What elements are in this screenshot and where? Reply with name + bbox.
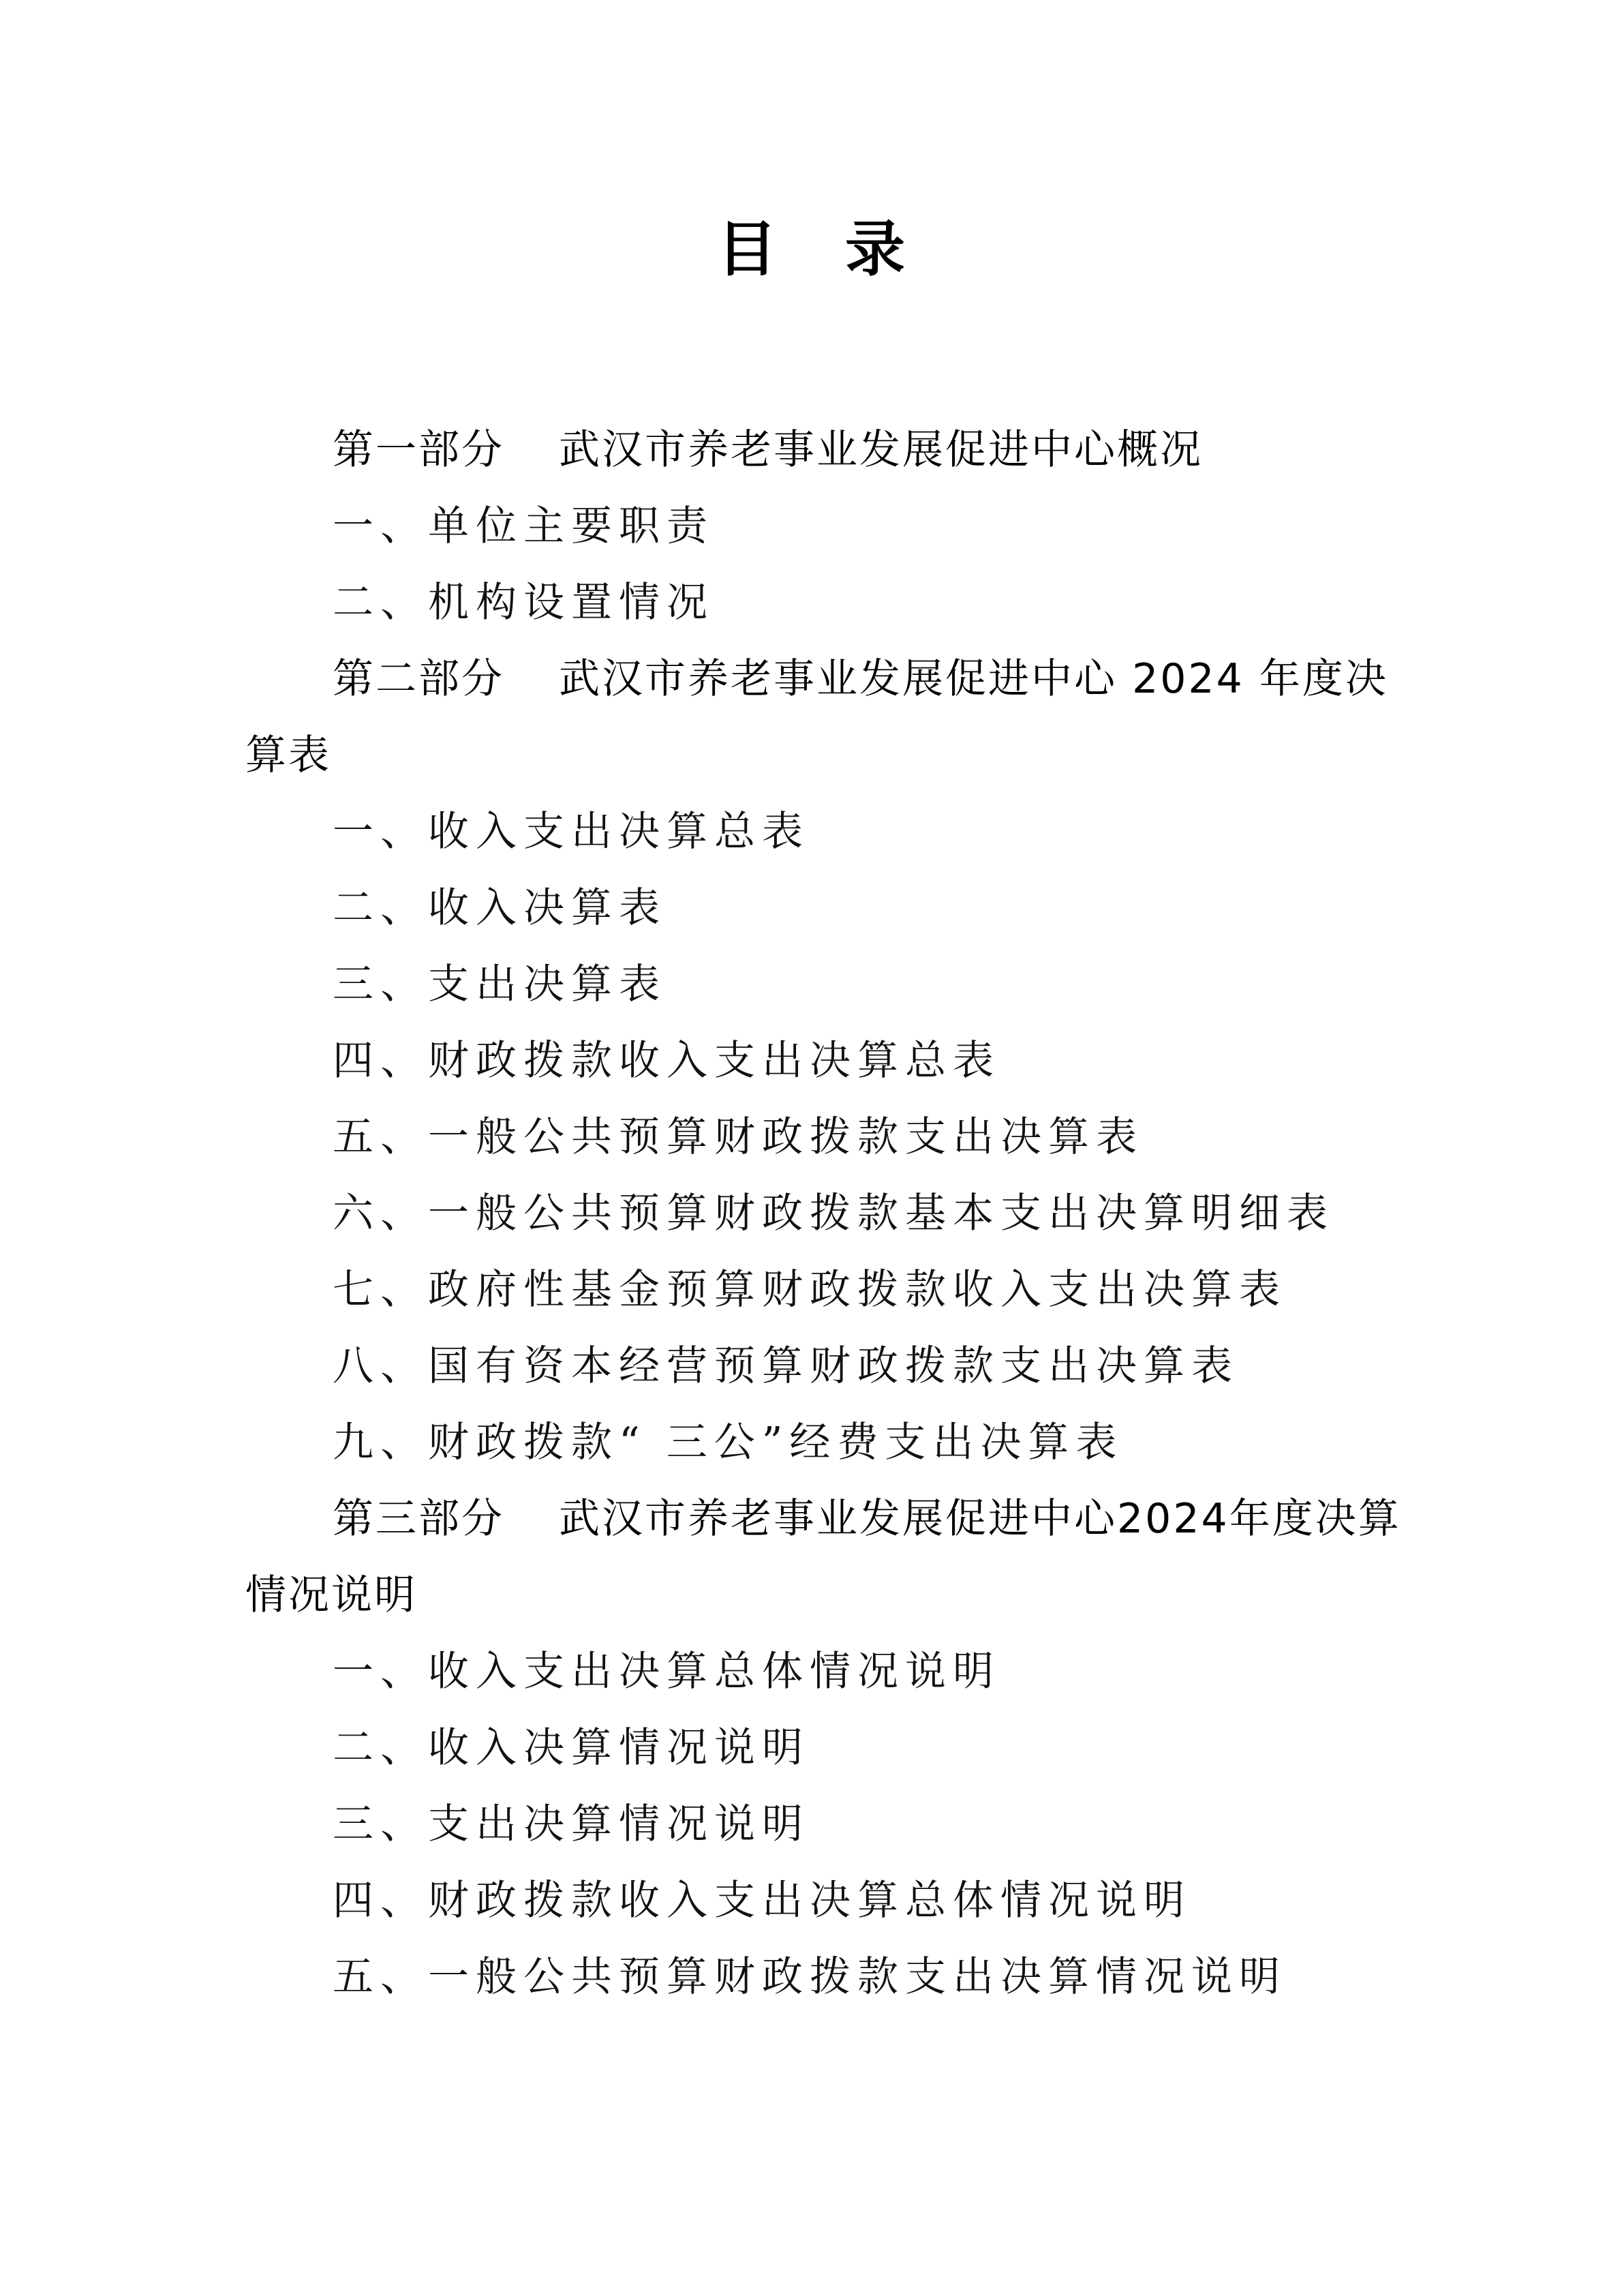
- toc-part-1-heading[interactable]: 第一部分武汉市养老事业发展促进中心概况: [333, 412, 1203, 488]
- toc-item[interactable]: 二、收入决算表: [333, 870, 667, 946]
- part-label: 第一部分: [333, 426, 504, 474]
- toc-item[interactable]: 一、收入支出决算总体情况说明: [333, 1633, 1000, 1710]
- toc-item[interactable]: 二、收入决算情况说明: [333, 1710, 810, 1786]
- toc-title: 目录: [0, 205, 1622, 293]
- part-label: 第二部分: [333, 655, 504, 703]
- toc-item[interactable]: 三、支出决算情况说明: [333, 1786, 810, 1862]
- toc-item[interactable]: 八、国有资本经营预算财政拨款支出决算表: [333, 1328, 1239, 1404]
- toc-title-char-2: 录: [845, 213, 905, 284]
- toc-item[interactable]: 四、财政拨款收入支出决算总表: [333, 1023, 1000, 1099]
- toc-item[interactable]: 六、一般公共预算财政拨款基本支出决算明细表: [333, 1175, 1334, 1252]
- part-title: 武汉市养老事业发展促进中心2024年度决算: [559, 1495, 1401, 1543]
- toc-part-2-heading-wrap[interactable]: 算表: [245, 717, 331, 794]
- toc-item[interactable]: 七、政府性基金预算财政拨款收入支出决算表: [333, 1252, 1287, 1328]
- toc-item[interactable]: 五、一般公共预算财政拨款支出决算情况说明: [333, 1939, 1287, 2015]
- toc-item[interactable]: 五、一般公共预算财政拨款支出决算表: [333, 1099, 1144, 1175]
- toc-item[interactable]: 一、单位主要职责: [333, 488, 714, 564]
- toc-item[interactable]: 三、支出决算表: [333, 946, 667, 1023]
- toc-item[interactable]: 二、机构设置情况: [333, 564, 714, 641]
- toc-part-3-heading[interactable]: 第三部分武汉市养老事业发展促进中心2024年度决算: [333, 1481, 1401, 1557]
- toc-part-2-heading[interactable]: 第二部分武汉市养老事业发展促进中心 2024 年度决: [333, 641, 1388, 717]
- toc-item[interactable]: 四、财政拨款收入支出决算总体情况说明: [333, 1862, 1191, 1939]
- document-page: 目录 第一部分武汉市养老事业发展促进中心概况 一、单位主要职责 二、机构设置情况…: [0, 0, 1622, 2296]
- toc-item[interactable]: 九、财政拨款“ 三公”经费支出决算表: [333, 1404, 1123, 1481]
- toc-part-3-heading-wrap[interactable]: 情况说明: [245, 1557, 417, 1633]
- part-title: 武汉市养老事业发展促进中心概况: [559, 426, 1203, 474]
- toc-item[interactable]: 一、收入支出决算总表: [333, 794, 810, 870]
- part-title: 武汉市养老事业发展促进中心 2024 年度决: [559, 655, 1388, 703]
- part-label: 第三部分: [333, 1495, 504, 1543]
- toc-title-char-1: 目: [717, 213, 777, 284]
